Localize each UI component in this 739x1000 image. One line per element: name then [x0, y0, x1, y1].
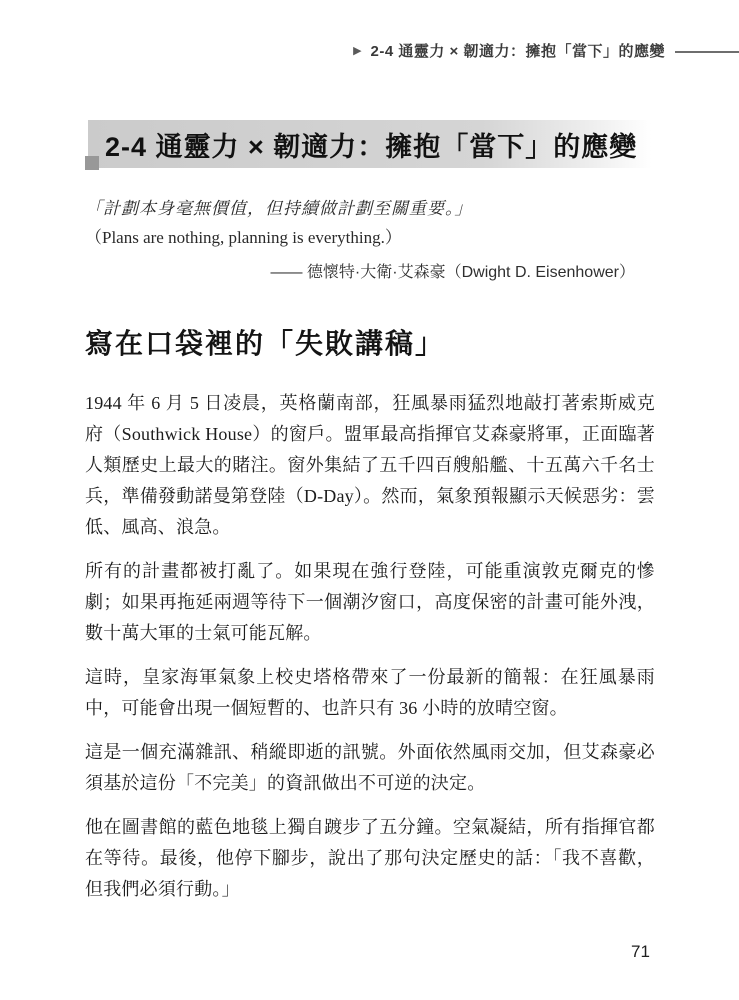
body-paragraph: 1944 年 6 月 5 日凌晨，英格蘭南部，狂風暴雨猛烈地敲打著索斯威克府（S… — [85, 388, 655, 543]
running-head-rule — [675, 51, 739, 53]
section-banner: 2-4 通靈力 × 韌適力：擁抱「當下」的應變 — [88, 120, 652, 168]
page-number: 71 — [631, 942, 650, 962]
section-title: 2-4 通靈力 × 韌適力：擁抱「當下」的應變 — [88, 125, 637, 164]
body-paragraph: 他在圖書館的藍色地毯上獨自踱步了五分鐘。空氣凝結，所有指揮官都在等待。最後，他停… — [85, 812, 655, 905]
body-paragraph: 所有的計畫都被打亂了。如果現在強行登陸，可能重演敦克爾克的慘劇；如果再拖延兩週等… — [85, 556, 655, 649]
epigraph-quote-chinese: 「計劃本身毫無價值，但持續做計劃至關重要。」 — [85, 195, 655, 223]
triangle-marker-icon: ▶ — [353, 46, 361, 57]
sub-heading: 寫在口袋裡的「失敗講稿」 — [85, 327, 445, 363]
epigraph-block: 「計劃本身毫無價值，但持續做計劃至關重要。」 （Plans are nothin… — [85, 195, 655, 286]
body-paragraph: 這是一個充滿雜訊、稍縱即逝的訊號。外面依然風雨交加，但艾森豪必須基於這份「不完美… — [85, 737, 655, 799]
banner-corner-square — [85, 156, 99, 170]
body-paragraph: 這時，皇家海軍氣象上校史塔格帶來了一份最新的簡報：在狂風暴雨中，可能會出現一個短… — [85, 662, 655, 724]
running-head: ▶ 2-4 通靈力 × 韌適力：擁抱「當下」的應變 — [0, 44, 739, 59]
epigraph-quote-english: （Plans are nothing, planning is everythi… — [85, 224, 655, 252]
running-head-title: 2-4 通靈力 × 韌適力：擁抱「當下」的應變 — [371, 44, 665, 59]
epigraph-attribution: —— 德懷特·大衛·艾森豪（Dwight D. Eisenhower） — [85, 260, 655, 286]
body-text: 1944 年 6 月 5 日凌晨，英格蘭南部，狂風暴雨猛烈地敲打著索斯威克府（S… — [85, 388, 655, 918]
